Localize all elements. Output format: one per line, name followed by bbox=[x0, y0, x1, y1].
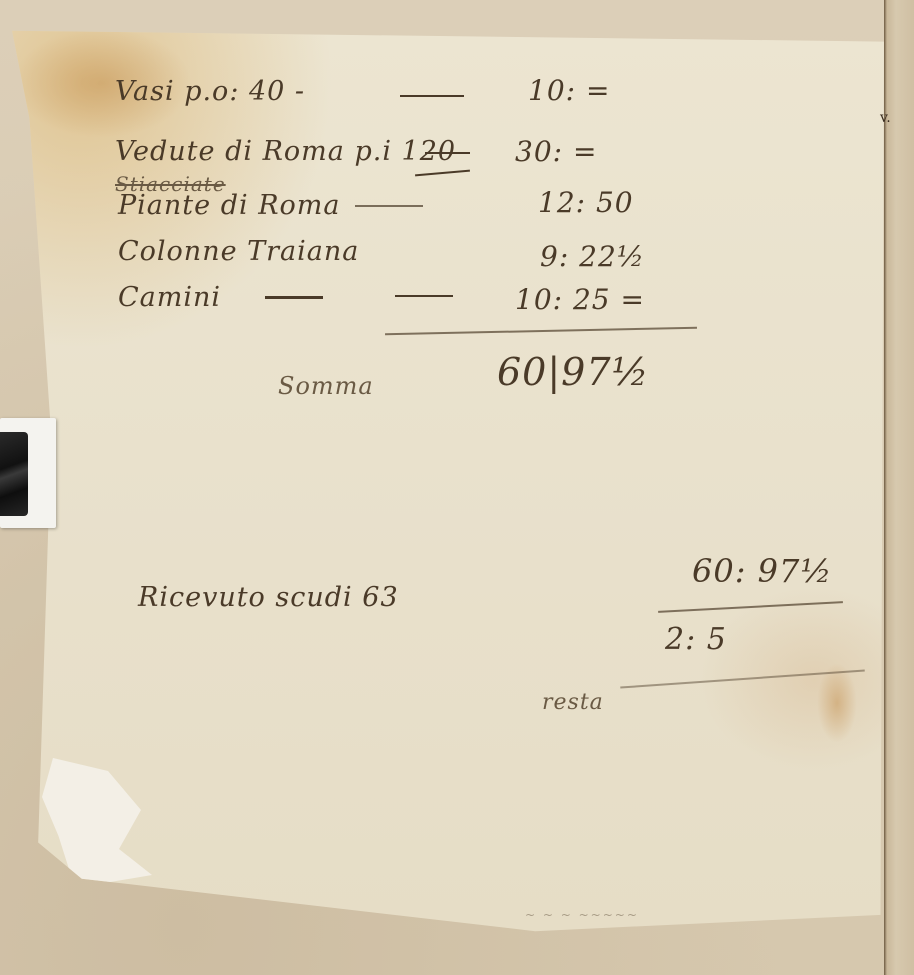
total-amount: 60|97½ bbox=[497, 350, 649, 394]
leader-dash bbox=[265, 296, 323, 299]
leader-dash bbox=[425, 152, 470, 154]
entry-label: Vasi p.o: 40 - bbox=[115, 76, 305, 107]
total-label: Somma bbox=[278, 372, 374, 400]
calc-line-2: 2: 5 bbox=[665, 622, 727, 657]
entry-amount: 10: 25 = bbox=[515, 283, 645, 316]
bottom-stamp: ~ ~ ~ ~~~~~ bbox=[525, 908, 639, 922]
binder-clip bbox=[0, 418, 56, 528]
entry-label: Vedute di Roma p.i 120 bbox=[115, 136, 456, 167]
entry-label: Camini bbox=[118, 282, 221, 313]
entry-amount: 30: = bbox=[515, 135, 597, 168]
remainder-note: resta bbox=[542, 690, 604, 715]
clip-metal bbox=[0, 432, 28, 516]
leader-dash bbox=[395, 295, 453, 297]
book-spine-edge bbox=[884, 0, 914, 975]
entry-label: Colonne Traiana bbox=[118, 236, 359, 267]
entry-label: Piante di Roma bbox=[118, 190, 341, 221]
entry-amount: 10: = bbox=[528, 74, 610, 107]
received-note: Ricevuto scudi 63 bbox=[138, 582, 399, 613]
leader-dash bbox=[400, 95, 464, 97]
margin-mark: v. bbox=[880, 110, 891, 126]
entry-amount: 9: 22½ bbox=[540, 240, 645, 273]
entry-amount: 12: 50 bbox=[538, 186, 634, 219]
foxing-stain bbox=[817, 663, 857, 743]
calc-line-1: 60: 97½ bbox=[692, 552, 832, 590]
leader-dash bbox=[355, 205, 423, 207]
